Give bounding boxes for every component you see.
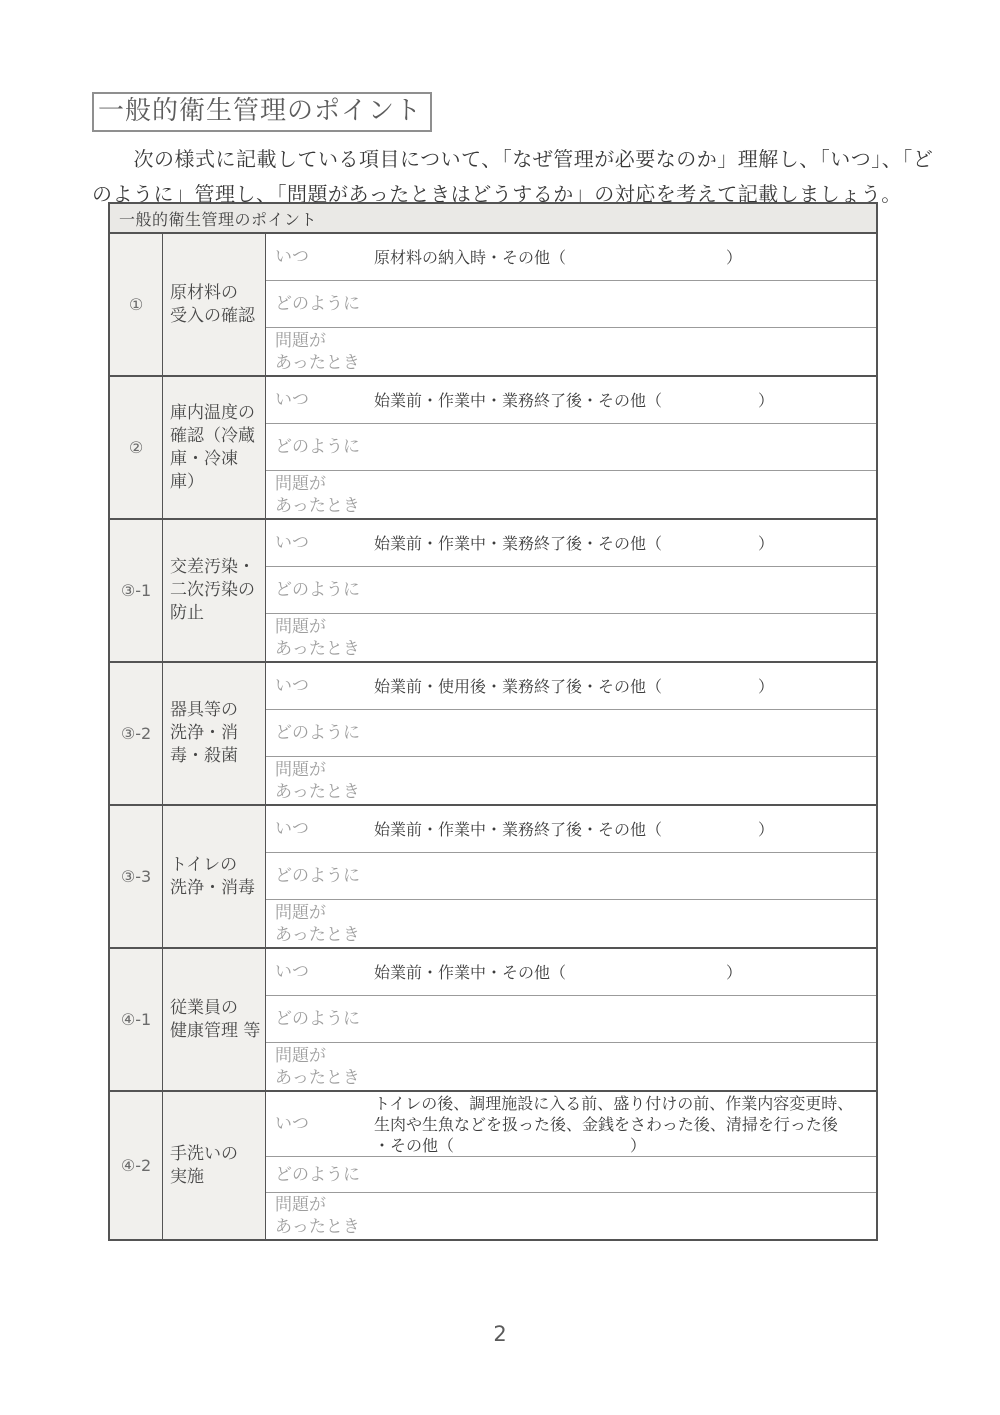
- problem-label: 問題が あったとき: [275, 473, 374, 517]
- how-input-area: [374, 710, 876, 756]
- problem-row: 問題が あったとき: [266, 900, 876, 947]
- when-label: いつ: [275, 246, 374, 268]
- problem-row: 問題が あったとき: [266, 1193, 876, 1239]
- when-label: いつ: [275, 1113, 374, 1135]
- when-row: いつ 始業前・作業中・業務終了後・その他（ ）: [266, 377, 876, 424]
- row-subgrid: いつ 始業前・使用後・業務終了後・その他（ ） どのように 問題が あったとき: [266, 663, 876, 804]
- how-label: どのように: [275, 436, 374, 458]
- table-row: ④-1 従業員の 健康管理 等 いつ 始業前・作業中・その他（ ） どのように …: [110, 949, 876, 1092]
- row-number: ③-3: [110, 806, 163, 947]
- problem-input-area: [374, 900, 876, 947]
- hygiene-management-table: 一般的衛生管理のポイント ① 原材料の 受入の確認 いつ 原材料の納入時・その他…: [108, 202, 878, 1241]
- when-value: 始業前・使用後・業務終了後・その他（ ）: [374, 676, 778, 697]
- problem-label: 問題が あったとき: [275, 759, 374, 803]
- problem-input-area: [374, 757, 876, 804]
- problem-label: 問題が あったとき: [275, 902, 374, 946]
- problem-row: 問題が あったとき: [266, 471, 876, 518]
- problem-input-area: [374, 614, 876, 661]
- row-subgrid: いつ 始業前・作業中・その他（ ） どのように 問題が あったとき: [266, 949, 876, 1090]
- when-value: 始業前・作業中・業務終了後・その他（ ）: [374, 819, 778, 840]
- problem-label: 問題が あったとき: [275, 1045, 374, 1089]
- when-value: トイレの後、調理施設に入る前、盛り付けの前、作業内容変更時、 生肉や生魚などを扱…: [374, 1093, 857, 1156]
- how-input-area: [374, 424, 876, 470]
- when-label: いつ: [275, 675, 374, 697]
- how-label: どのように: [275, 1164, 374, 1186]
- table-row: ③-2 器具等の 洗浄・消 毒・殺菌 いつ 始業前・使用後・業務終了後・その他（…: [110, 663, 876, 806]
- table-row: ① 原材料の 受入の確認 いつ 原材料の納入時・その他（ ） どのように 問題が…: [110, 234, 876, 377]
- when-value: 原材料の納入時・その他（ ）: [374, 247, 746, 268]
- when-row: いつ 始業前・使用後・業務終了後・その他（ ）: [266, 663, 876, 710]
- problem-label: 問題が あったとき: [275, 616, 374, 660]
- problem-label: 問題が あったとき: [275, 1194, 374, 1238]
- row-item-label: 交差汚染・ 二次汚染の 防止: [163, 520, 266, 661]
- problem-label: 問題が あったとき: [275, 330, 374, 374]
- when-label: いつ: [275, 389, 374, 411]
- how-row: どのように: [266, 424, 876, 471]
- row-number: ④-2: [110, 1092, 163, 1239]
- problem-row: 問題が あったとき: [266, 1043, 876, 1090]
- how-label: どのように: [275, 579, 374, 601]
- row-item-label: 原材料の 受入の確認: [163, 234, 266, 375]
- table-header: 一般的衛生管理のポイント: [110, 204, 876, 234]
- problem-row: 問題が あったとき: [266, 614, 876, 661]
- scanned-document-page: 一般的衛生管理のポイント 次の様式に記載している項目について、「なぜ管理が必要な…: [0, 0, 1000, 1415]
- row-subgrid: いつ トイレの後、調理施設に入る前、盛り付けの前、作業内容変更時、 生肉や生魚な…: [266, 1092, 876, 1239]
- row-item-label: トイレの 洗浄・消毒: [163, 806, 266, 947]
- how-input-area: [374, 996, 876, 1042]
- table-row: ③-1 交差汚染・ 二次汚染の 防止 いつ 始業前・作業中・業務終了後・その他（…: [110, 520, 876, 663]
- how-row: どのように: [266, 281, 876, 328]
- when-row: いつ 始業前・作業中・業務終了後・その他（ ）: [266, 806, 876, 853]
- when-label: いつ: [275, 818, 374, 840]
- how-label: どのように: [275, 865, 374, 887]
- row-item-label: 庫内温度の 確認（冷蔵 庫・冷凍 庫）: [163, 377, 266, 518]
- when-row: いつ トイレの後、調理施設に入る前、盛り付けの前、作業内容変更時、 生肉や生魚な…: [266, 1092, 876, 1157]
- row-item-label: 手洗いの 実施: [163, 1092, 266, 1239]
- problem-input-area: [374, 1193, 876, 1239]
- row-number: ②: [110, 377, 163, 518]
- how-row: どのように: [266, 567, 876, 614]
- when-value: 始業前・作業中・その他（ ）: [374, 962, 746, 983]
- when-row: いつ 原材料の納入時・その他（ ）: [266, 234, 876, 281]
- row-subgrid: いつ 始業前・作業中・業務終了後・その他（ ） どのように 問題が あったとき: [266, 520, 876, 661]
- when-label: いつ: [275, 961, 374, 983]
- how-label: どのように: [275, 722, 374, 744]
- table-row: ④-2 手洗いの 実施 いつ トイレの後、調理施設に入る前、盛り付けの前、作業内…: [110, 1092, 876, 1239]
- how-row: どのように: [266, 710, 876, 757]
- row-subgrid: いつ 始業前・作業中・業務終了後・その他（ ） どのように 問題が あったとき: [266, 377, 876, 518]
- row-number: ④-1: [110, 949, 163, 1090]
- page-number: 2: [0, 1322, 1000, 1346]
- row-number: ①: [110, 234, 163, 375]
- table-row: ③-3 トイレの 洗浄・消毒 いつ 始業前・作業中・業務終了後・その他（ ） ど…: [110, 806, 876, 949]
- row-subgrid: いつ 始業前・作業中・業務終了後・その他（ ） どのように 問題が あったとき: [266, 806, 876, 947]
- problem-input-area: [374, 328, 876, 375]
- when-row: いつ 始業前・作業中・業務終了後・その他（ ）: [266, 520, 876, 567]
- problem-input-area: [374, 1043, 876, 1090]
- how-row: どのように: [266, 1157, 876, 1193]
- problem-row: 問題が あったとき: [266, 757, 876, 804]
- how-input-area: [374, 567, 876, 613]
- how-row: どのように: [266, 996, 876, 1043]
- how-input-area: [374, 853, 876, 899]
- when-value: 始業前・作業中・業務終了後・その他（ ）: [374, 533, 778, 554]
- how-input-area: [374, 281, 876, 327]
- problem-input-area: [374, 471, 876, 518]
- row-item-label: 器具等の 洗浄・消 毒・殺菌: [163, 663, 266, 804]
- when-value: 始業前・作業中・業務終了後・その他（ ）: [374, 390, 778, 411]
- how-row: どのように: [266, 853, 876, 900]
- row-number: ③-1: [110, 520, 163, 661]
- row-subgrid: いつ 原材料の納入時・その他（ ） どのように 問題が あったとき: [266, 234, 876, 375]
- when-label: いつ: [275, 532, 374, 554]
- how-label: どのように: [275, 293, 374, 315]
- how-label: どのように: [275, 1008, 374, 1030]
- row-number: ③-2: [110, 663, 163, 804]
- how-input-area: [374, 1157, 876, 1192]
- table-row: ② 庫内温度の 確認（冷蔵 庫・冷凍 庫） いつ 始業前・作業中・業務終了後・そ…: [110, 377, 876, 520]
- problem-row: 問題が あったとき: [266, 328, 876, 375]
- row-item-label: 従業員の 健康管理 等: [163, 949, 266, 1090]
- when-row: いつ 始業前・作業中・その他（ ）: [266, 949, 876, 996]
- page-title: 一般的衛生管理のポイント: [92, 92, 432, 132]
